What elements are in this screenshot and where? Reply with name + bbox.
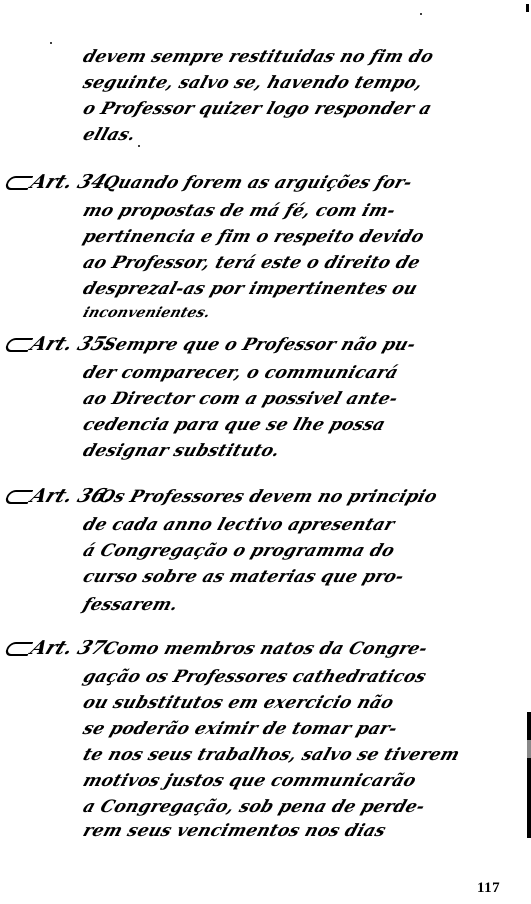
text-line: ou substitutos em exercicio não — [80, 692, 397, 714]
text-line: ao Director com a possivel ante- — [80, 388, 401, 410]
text-line: pertinencia e fim o respeito devido — [80, 226, 427, 248]
scan-speck — [50, 42, 52, 44]
article-label: Art. 34. — [2, 170, 117, 194]
article-label: Art. 37. — [2, 636, 117, 660]
scan-speck — [138, 145, 140, 147]
manuscript-page: devem sempre restituidas no fim do segui… — [0, 0, 531, 904]
text-line: te nos seus trabalhos, salvo se tiverem — [80, 744, 463, 766]
text-line: mo propostas de má fé, com im- — [80, 200, 398, 222]
text-line: gação os Professores cathedraticos — [80, 666, 429, 688]
text-line: cedencia para que se lhe possa — [80, 414, 388, 436]
text-line: devem sempre restituidas no fim do — [80, 46, 436, 68]
text-line: motivos justos que communicarão — [80, 770, 419, 792]
scan-edge-bar — [527, 712, 531, 838]
text-line: Os Professores devem no principio — [96, 486, 440, 508]
text-line: Sempre que o Professor não pu- — [100, 334, 419, 356]
text-line: inconvenientes. — [80, 302, 213, 324]
text-line: designar substituto. — [80, 440, 283, 462]
text-line: a Congregação, sob pena de perde- — [80, 796, 428, 818]
text-line: der comparecer, o communicará — [80, 362, 401, 384]
text-line: ellas. — [80, 124, 139, 146]
text-line: Como membros natos da Congre- — [100, 638, 430, 660]
text-line: de cada anno lectivo apresentar — [80, 514, 397, 536]
text-line: curso sobre as materias que pro- — [80, 566, 407, 588]
text-line: rem seus vencimentos nos dias — [80, 820, 389, 842]
text-line: Quando forem as arguições for- — [100, 172, 415, 194]
scan-edge-gap — [527, 740, 531, 758]
text-line: fessarem. — [80, 594, 181, 616]
text-line: o Professor quizer logo responder a — [80, 98, 434, 120]
scan-corner-mark — [526, 4, 529, 12]
text-line: seguinte, salvo se, havendo tempo, — [80, 72, 426, 94]
scan-speck — [420, 13, 422, 15]
text-line: ao Professor, terá este o direito de — [80, 252, 423, 274]
text-line: á Congregação o programma do — [80, 540, 398, 562]
article-label: Art. 35. — [2, 332, 117, 356]
page-number: 117 — [477, 880, 500, 897]
text-line: se poderão eximir de tomar par- — [80, 718, 400, 740]
text-line: desprezal-as por impertinentes ou — [80, 278, 420, 300]
